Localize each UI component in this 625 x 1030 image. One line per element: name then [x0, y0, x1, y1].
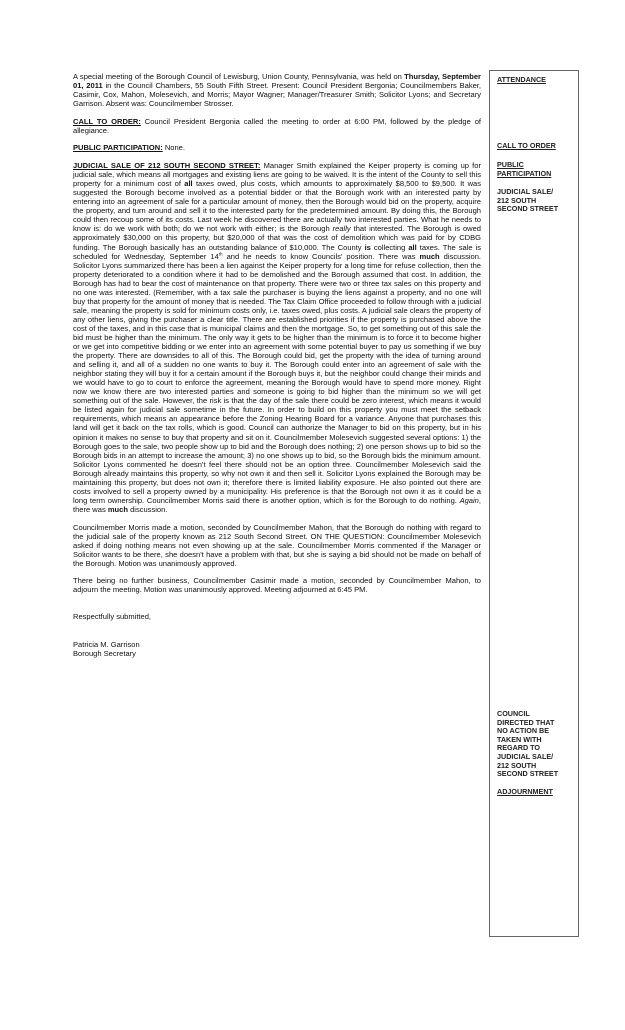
motion-paragraph: Councilmember Morris made a motion, seco… — [73, 523, 481, 568]
emphasis: really — [333, 224, 351, 233]
public-participation-text: None. — [163, 143, 185, 152]
public-participation-paragraph: PUBLIC PARTICIPATION: None. — [73, 143, 481, 152]
attendance-text: A special meeting of the Borough Council… — [73, 72, 404, 81]
line: SECOND STREET — [497, 770, 558, 779]
closing: Respectfully submitted, — [73, 612, 481, 621]
call-to-order-paragraph: CALL TO ORDER: Council President Bergoni… — [73, 117, 481, 135]
attendance-text-2: in the Council Chambers, 55 South Fifth … — [73, 81, 481, 108]
emphasis: Again — [460, 496, 479, 505]
margin-note-council-directed: COUNCIL DIRECTED THAT NO ACTION BE TAKEN… — [497, 710, 558, 779]
text: discussion. — [128, 505, 167, 514]
margin-note-call-to-order: CALL TO ORDER — [497, 142, 556, 151]
emphasis: much — [108, 505, 128, 514]
margin-note-adjournment: ADJOURNMENT — [497, 788, 553, 797]
signature-block: Patricia M. Garrison Borough Secretary — [73, 640, 481, 658]
emphasis: much — [420, 252, 440, 261]
margin-note-public-participation-2: PARTICIPATION — [497, 170, 551, 179]
minutes-body: A special meeting of the Borough Council… — [73, 72, 481, 658]
line: SECOND STREET — [497, 205, 558, 214]
judicial-sale-paragraph: JUDICIAL SALE OF 212 SOUTH SECOND STREET… — [73, 161, 481, 514]
text: collecting — [371, 243, 408, 252]
emphasis: all — [408, 243, 416, 252]
attendance-paragraph: A special meeting of the Borough Council… — [73, 72, 481, 108]
emphasis: all — [184, 179, 192, 188]
signature-name: Patricia M. Garrison — [73, 640, 481, 649]
judicial-sale-heading: JUDICIAL SALE OF 212 SOUTH SECOND STREET… — [73, 161, 260, 170]
margin-notes-box: ATTENDANCE CALL TO ORDER PUBLIC PARTICIP… — [489, 70, 579, 937]
signature-title: Borough Secretary — [73, 649, 481, 658]
margin-note-attendance: ATTENDANCE — [497, 76, 546, 85]
public-participation-heading: PUBLIC PARTICIPATION: — [73, 143, 163, 152]
text: discussion. Solicitor Lyons summarized t… — [73, 252, 481, 505]
adjournment-paragraph: There being no further business, Council… — [73, 576, 481, 594]
margin-note-judicial-sale: JUDICIAL SALE/ 212 SOUTH SECOND STREET — [497, 188, 558, 214]
text: and he needs to know Councils' position.… — [223, 252, 420, 261]
call-to-order-heading: CALL TO ORDER: — [73, 117, 141, 126]
